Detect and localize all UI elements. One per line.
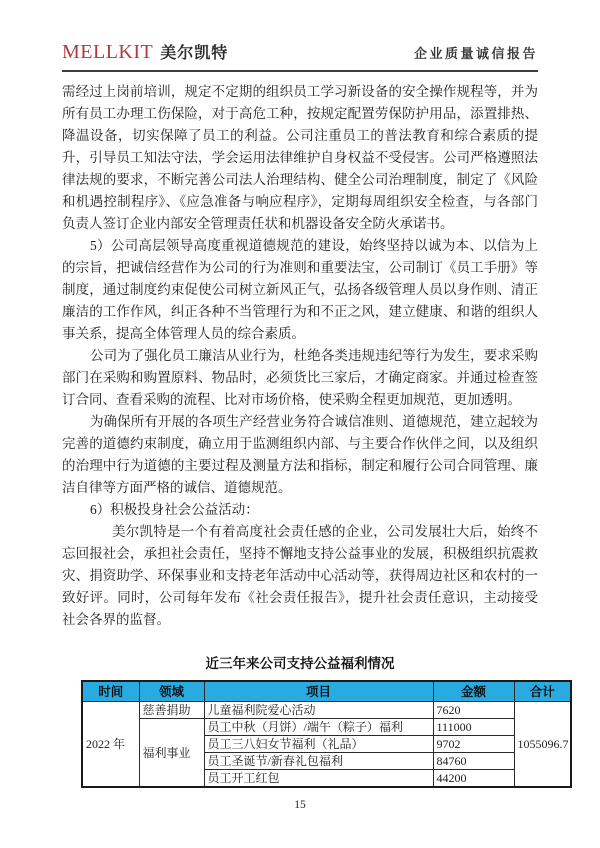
column-header-time: 时间 <box>82 681 139 702</box>
table-row: 2022 年 慈善捐助 儿童福利院爱心活动 7620 1055096.7 <box>82 702 571 719</box>
logo-wordmark: MELLKIT <box>62 42 153 62</box>
body-text: 需经过上岗前培训，规定不定期的组织员工学习新设备的安全操作规程等，并为所有员工办… <box>62 81 538 631</box>
company-logo: MELLKIT 美尔凯特 <box>62 40 228 63</box>
paragraph-4: 为确保所有开展的各项生产经营业务符合诚信准则、道德规范，建立起较为完善的道德约束… <box>62 411 538 499</box>
cell-project: 员工圣诞节/新春礼包福利 <box>204 753 433 770</box>
column-header-project: 项目 <box>204 681 433 702</box>
column-header-total: 合计 <box>514 681 571 702</box>
paragraph-3: 公司为了强化员工廉洁从业行为，杜绝各类违规违纪等行为发生，要求采购部门在采购和购… <box>62 345 538 411</box>
cell-project: 员工中秋（月饼）/端午（粽子）福利 <box>204 719 433 736</box>
table-header-row: 时间 领域 项目 金额 合计 <box>82 681 571 702</box>
cell-project: 员工开工红包 <box>204 770 433 788</box>
cell-project: 员工三八妇女节福利（礼品） <box>204 736 433 753</box>
paragraph-5-heading: 6）积极投身社会公益活动： <box>62 499 538 521</box>
paragraph-1: 需经过上岗前培训，规定不定期的组织员工学习新设备的安全操作规程等，并为所有员工办… <box>62 81 538 235</box>
cell-amount: 44200 <box>433 770 514 788</box>
cell-project: 儿童福利院爱心活动 <box>204 702 433 719</box>
column-header-field: 领域 <box>139 681 204 702</box>
paragraph-2: 5）公司高层领导高度重视道德规范的建设，始终坚持以诚为本、以信为上的宗旨，把诚信… <box>62 235 538 345</box>
page-header: MELLKIT 美尔凯特 企业质量诚信报告 <box>62 40 538 72</box>
page-number: 15 <box>62 799 538 811</box>
cell-field-welfare: 福利事业 <box>139 719 204 788</box>
cell-year: 2022 年 <box>82 702 139 788</box>
cell-amount: 9702 <box>433 736 514 753</box>
table-row: 福利事业 员工中秋（月饼）/端午（粽子）福利 111000 <box>82 719 571 736</box>
cell-amount: 111000 <box>433 719 514 736</box>
page-content: MELLKIT 美尔凯特 企业质量诚信报告 需经过上岗前培训，规定不定期的组织员… <box>62 40 538 811</box>
welfare-table: 时间 领域 项目 金额 合计 2022 年 慈善捐助 儿童福利院爱心活动 762… <box>81 680 572 788</box>
cell-total: 1055096.7 <box>514 702 571 788</box>
document-page: MELLKIT 美尔凯特 企业质量诚信报告 需经过上岗前培训，规定不定期的组织员… <box>0 0 600 848</box>
report-title: 企业质量诚信报告 <box>414 43 538 63</box>
cell-field-charity: 慈善捐助 <box>139 702 204 719</box>
cell-amount: 84760 <box>433 753 514 770</box>
table-title: 近三年来公司支持公益福利情况 <box>62 652 538 672</box>
cell-amount: 7620 <box>433 702 514 719</box>
logo-chinese-name: 美尔凯特 <box>160 40 228 63</box>
paragraph-6: 美尔凯特是一个有着高度社会责任感的企业，公司发展壮大后，始终不忘回报社会，承担社… <box>62 521 538 631</box>
column-header-amount: 金额 <box>433 681 514 702</box>
